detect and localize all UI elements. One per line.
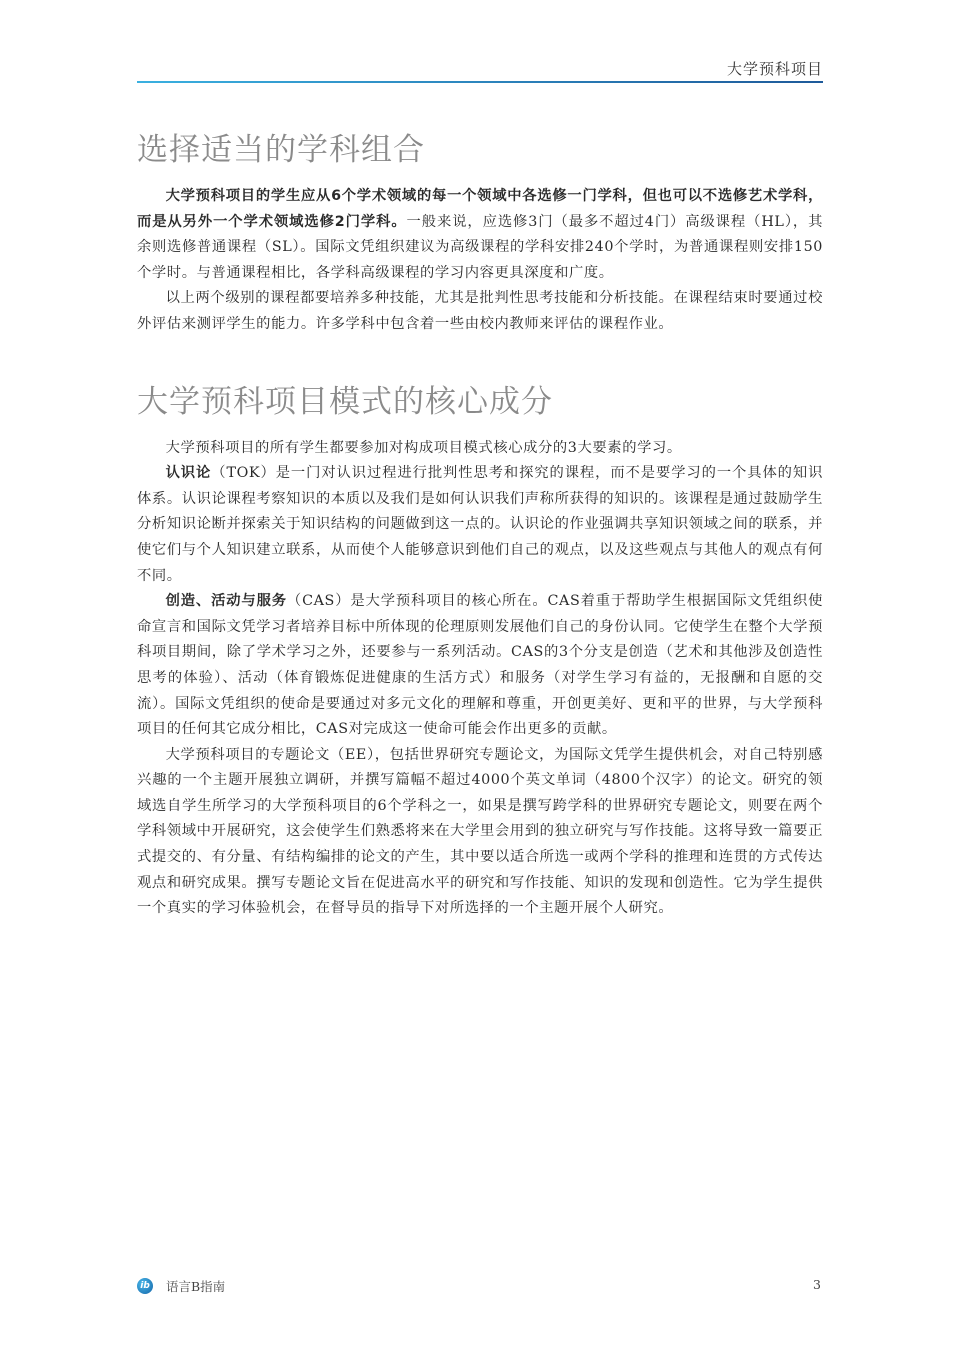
paragraph-text: （TOK）是一门对认识过程进行批判性思考和探究的课程，而不是要学习的一个具体的知…	[137, 465, 823, 583]
paragraph: 大学预科项目的所有学生都要参加对构成项目模式核心成分的3大要素的学习。	[137, 436, 823, 462]
ib-logo-icon: ib	[137, 1278, 153, 1294]
header-rule	[137, 81, 823, 83]
paragraph-text: 大学预科项目的所有学生都要参加对构成项目模式核心成分的3大要素的学习。	[166, 440, 682, 456]
header-title: 大学预科项目	[727, 58, 823, 79]
paragraph-bold-lead: 创造、活动与服务	[166, 593, 287, 609]
page-content: 选择适当的学科组合 大学预科项目的学生应从6个学术领域的每一个领域中各选修一门学…	[137, 118, 823, 922]
paragraph-tok: 认识论（TOK）是一门对认识过程进行批判性思考和探究的课程，而不是要学习的一个具…	[137, 461, 823, 589]
page-header: 大学预科项目	[137, 58, 823, 84]
section-heading-core-components: 大学预科项目模式的核心成分	[137, 370, 823, 434]
paragraph-text: 以上两个级别的课程都要培养多种技能，尤其是批判性思考技能和分析技能。在课程结束时…	[137, 290, 823, 332]
footer-title: 语言B指南	[166, 1277, 225, 1295]
paragraph-text: 大学预科项目的专题论文（EE），包括世界研究专题论文，为国际文凭学生提供机会，对…	[137, 747, 823, 917]
paragraph: 大学预科项目的学生应从6个学术领域的每一个领域中各选修一门学科，但也可以不选修艺…	[137, 184, 823, 286]
page-number: 3	[813, 1277, 821, 1292]
paragraph-ee: 大学预科项目的专题论文（EE），包括世界研究专题论文，为国际文凭学生提供机会，对…	[137, 743, 823, 922]
paragraph-bold-lead: 认识论	[166, 465, 212, 481]
paragraph: 以上两个级别的课程都要培养多种技能，尤其是批判性思考技能和分析技能。在课程结束时…	[137, 286, 823, 337]
section-heading-subject-combination: 选择适当的学科组合	[137, 118, 823, 182]
paragraph-text: （CAS）是大学预科项目的核心所在。CAS着重于帮助学生根据国际文凭组织使命宣言…	[137, 593, 823, 737]
paragraph-cas: 创造、活动与服务（CAS）是大学预科项目的核心所在。CAS着重于帮助学生根据国际…	[137, 589, 823, 743]
page-footer: ib 语言B指南 3	[137, 1277, 823, 1299]
